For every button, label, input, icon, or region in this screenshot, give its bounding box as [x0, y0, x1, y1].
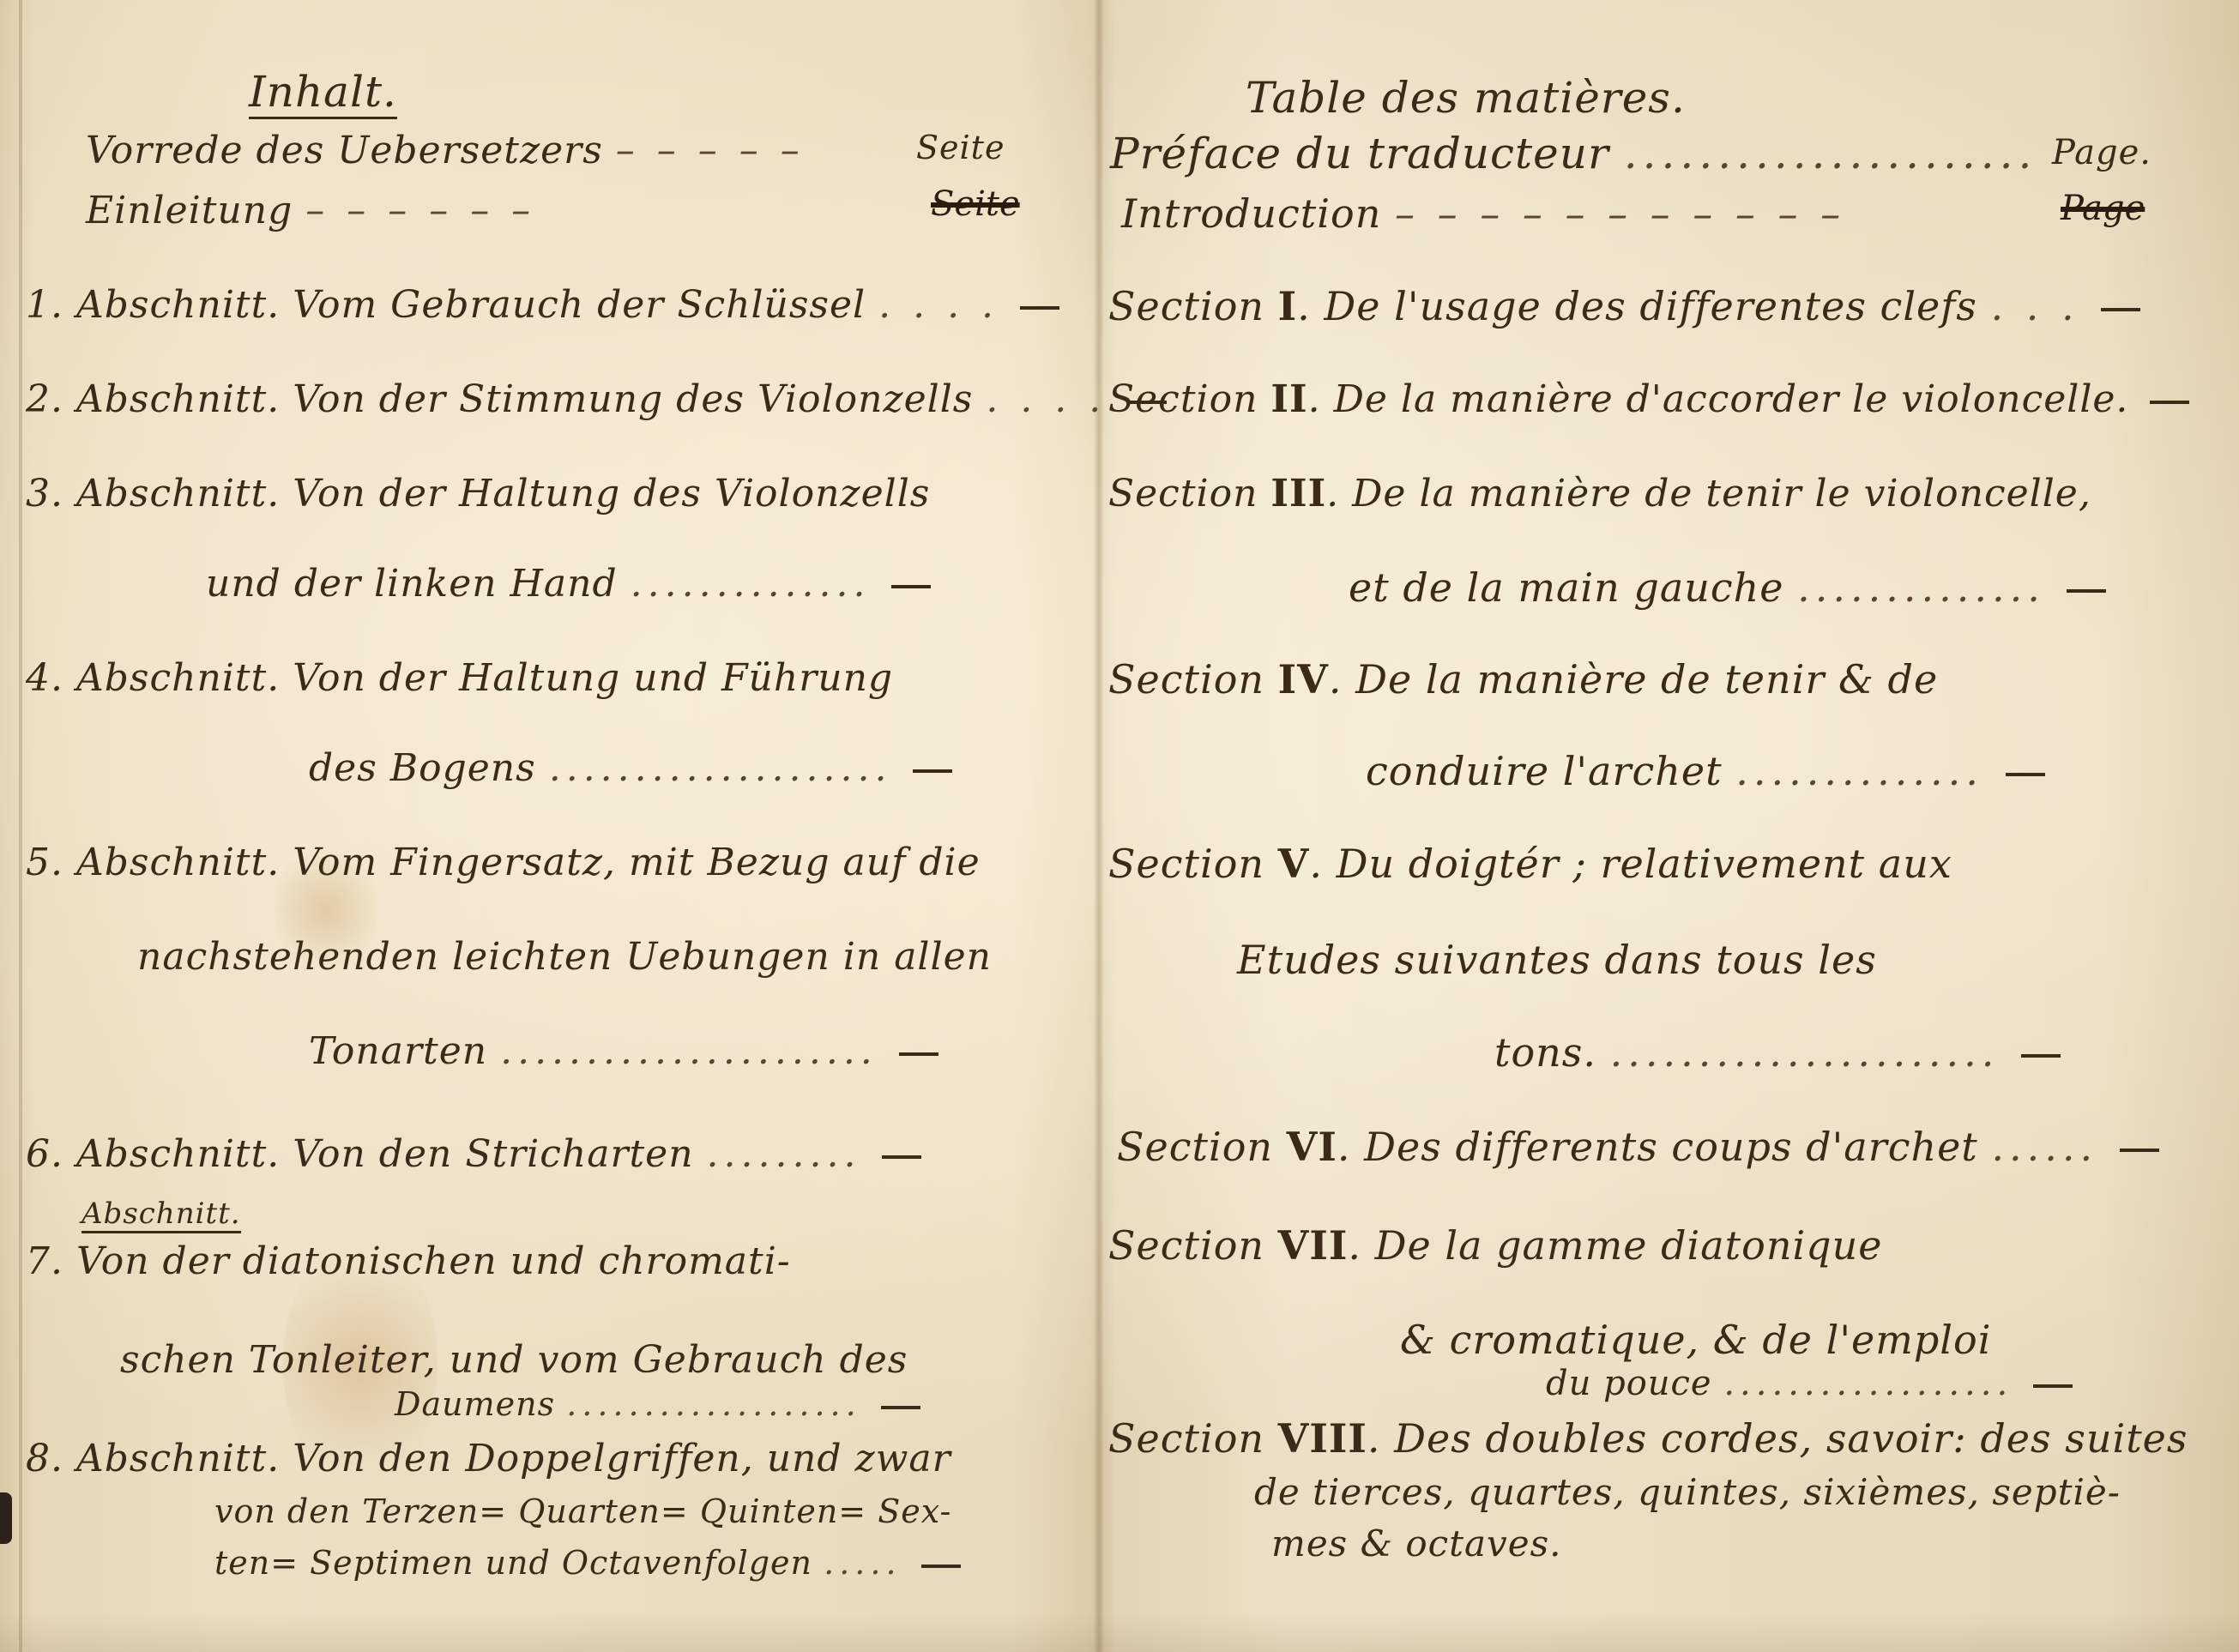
page-bottom-shadow: [0, 1613, 2239, 1652]
inserted-label: Abschnitt.: [81, 1197, 241, 1231]
page-dash: [899, 1052, 938, 1056]
page-dash: [2120, 1149, 2159, 1152]
page-dash: [1020, 306, 1059, 310]
struck-page-label: Seite: [931, 184, 1020, 224]
page-dash: [2021, 1054, 2061, 1058]
page-column-label: Seite: [916, 129, 1005, 166]
page-dash: [2006, 773, 2045, 776]
toc-entry-6: 6. Abschnitt. Von den Stricharten ......…: [26, 1132, 921, 1176]
page-title: Table des matières.: [1246, 73, 1686, 123]
toc-entry-7-cont: schen Tonleiter, und vom Gebrauch des: [120, 1338, 908, 1382]
toc-entry-section-8-cont2: mes & octaves.: [1271, 1522, 1562, 1565]
toc-entry-introduction: Einleitung – – – – – –: [86, 189, 535, 232]
right-page: Table des matières. Page. Page Préface d…: [1100, 0, 2239, 1652]
toc-entry-2: 2. Abschnitt. Von der Stimmung des Violo…: [26, 377, 1167, 421]
page-dash: [881, 1406, 920, 1409]
page-dash: [913, 769, 952, 773]
toc-entry-section-5-cont: Etudes suivantes dans tous les: [1237, 937, 1877, 983]
toc-entry-5-cont: nachstehenden leichten Uebungen in allen: [137, 935, 992, 979]
toc-entry-8-cont2: ten= Septimen und Octavenfolgen .....: [214, 1544, 961, 1582]
page-dash: [2067, 589, 2106, 593]
toc-entry-preface: Vorrede des Uebersetzers – – – – –: [86, 129, 805, 172]
toc-entry-4-cont: des Bogens ....................: [309, 746, 952, 790]
toc-entry-section-4-cont: conduire l'archet ..............: [1366, 748, 2045, 794]
toc-entry-section-2: Section II. De la manière d'accorder le …: [1108, 377, 2189, 421]
toc-entry-3-cont: und der linken Hand ..............: [206, 562, 931, 606]
toc-entry-section-8: Section VIII. Des doubles cordes, savoir…: [1108, 1415, 2188, 1462]
toc-entry-section-5: Section V. Du doigtér ; relativement aux: [1108, 841, 1952, 887]
toc-entry-1: 1. Abschnitt. Vom Gebrauch der Schlüssel…: [26, 283, 1059, 327]
toc-entry-3: 3. Abschnitt. Von der Haltung des Violon…: [26, 472, 930, 515]
toc-entry-section-3-cont: et de la main gauche ..............: [1349, 564, 2106, 611]
toc-entry-5-cont2: Tonarten ......................: [309, 1029, 938, 1073]
struck-page-label: Page: [2061, 189, 2145, 228]
toc-entry-section-7-cont: & cromatique, & de l'emploi: [1400, 1317, 1991, 1363]
page-title: Inhalt.: [249, 67, 397, 117]
page-dash: [2033, 1384, 2073, 1388]
toc-entry-section-7-cont2: du pouce ..................: [1546, 1364, 2073, 1403]
toc-entry-section-1: Section I. De l'usage des differentes cl…: [1108, 283, 2140, 329]
toc-entry-introduction: Introduction – – – – – – – – – – –: [1121, 190, 1845, 237]
page-dash: [2101, 308, 2140, 311]
page-dash: [921, 1565, 961, 1568]
toc-entry-8: 8. Abschnitt. Von den Doppelgriffen, und…: [26, 1437, 951, 1480]
page-column-label: Page.: [2052, 133, 2151, 172]
toc-entry-5: 5. Abschnitt. Vom Fingersatz, mit Bezug …: [26, 841, 981, 884]
page-dash: [882, 1155, 921, 1159]
toc-entry-8-cont: von den Terzen= Quarten= Quinten= Sex-: [214, 1492, 951, 1530]
toc-entry-section-4: Section IV. De la manière de tenir & de: [1108, 656, 1938, 702]
toc-entry-section-8-cont: de tierces, quartes, quintes, sixièmes, …: [1254, 1471, 2121, 1513]
toc-entry-4: 4. Abschnitt. Von der Haltung und Führun…: [26, 656, 893, 700]
page-dash: [2150, 401, 2189, 404]
toc-entry-7-cont2: Daumens ...................: [395, 1385, 920, 1423]
page-dash: [891, 585, 931, 588]
manuscript-spread: Inhalt. Seite Seite Vorrede des Ueberset…: [0, 0, 2239, 1652]
toc-entry-preface: Préface du traducteur ..................…: [1110, 129, 2037, 178]
toc-entry-section-6: Section VI. Des differents coups d'arche…: [1117, 1124, 2159, 1170]
toc-entry-section-7: Section VII. De la gamme diatonique: [1108, 1222, 1882, 1269]
toc-entry-section-5-cont2: tons. ......................: [1494, 1029, 2061, 1076]
toc-entry-section-3: Section III. De la manière de tenir le v…: [1108, 472, 2091, 515]
left-page: Inhalt. Seite Seite Vorrede des Ueberset…: [0, 0, 1098, 1652]
toc-entry-7: 7. Von der diatonischen und chromati-: [26, 1239, 791, 1283]
